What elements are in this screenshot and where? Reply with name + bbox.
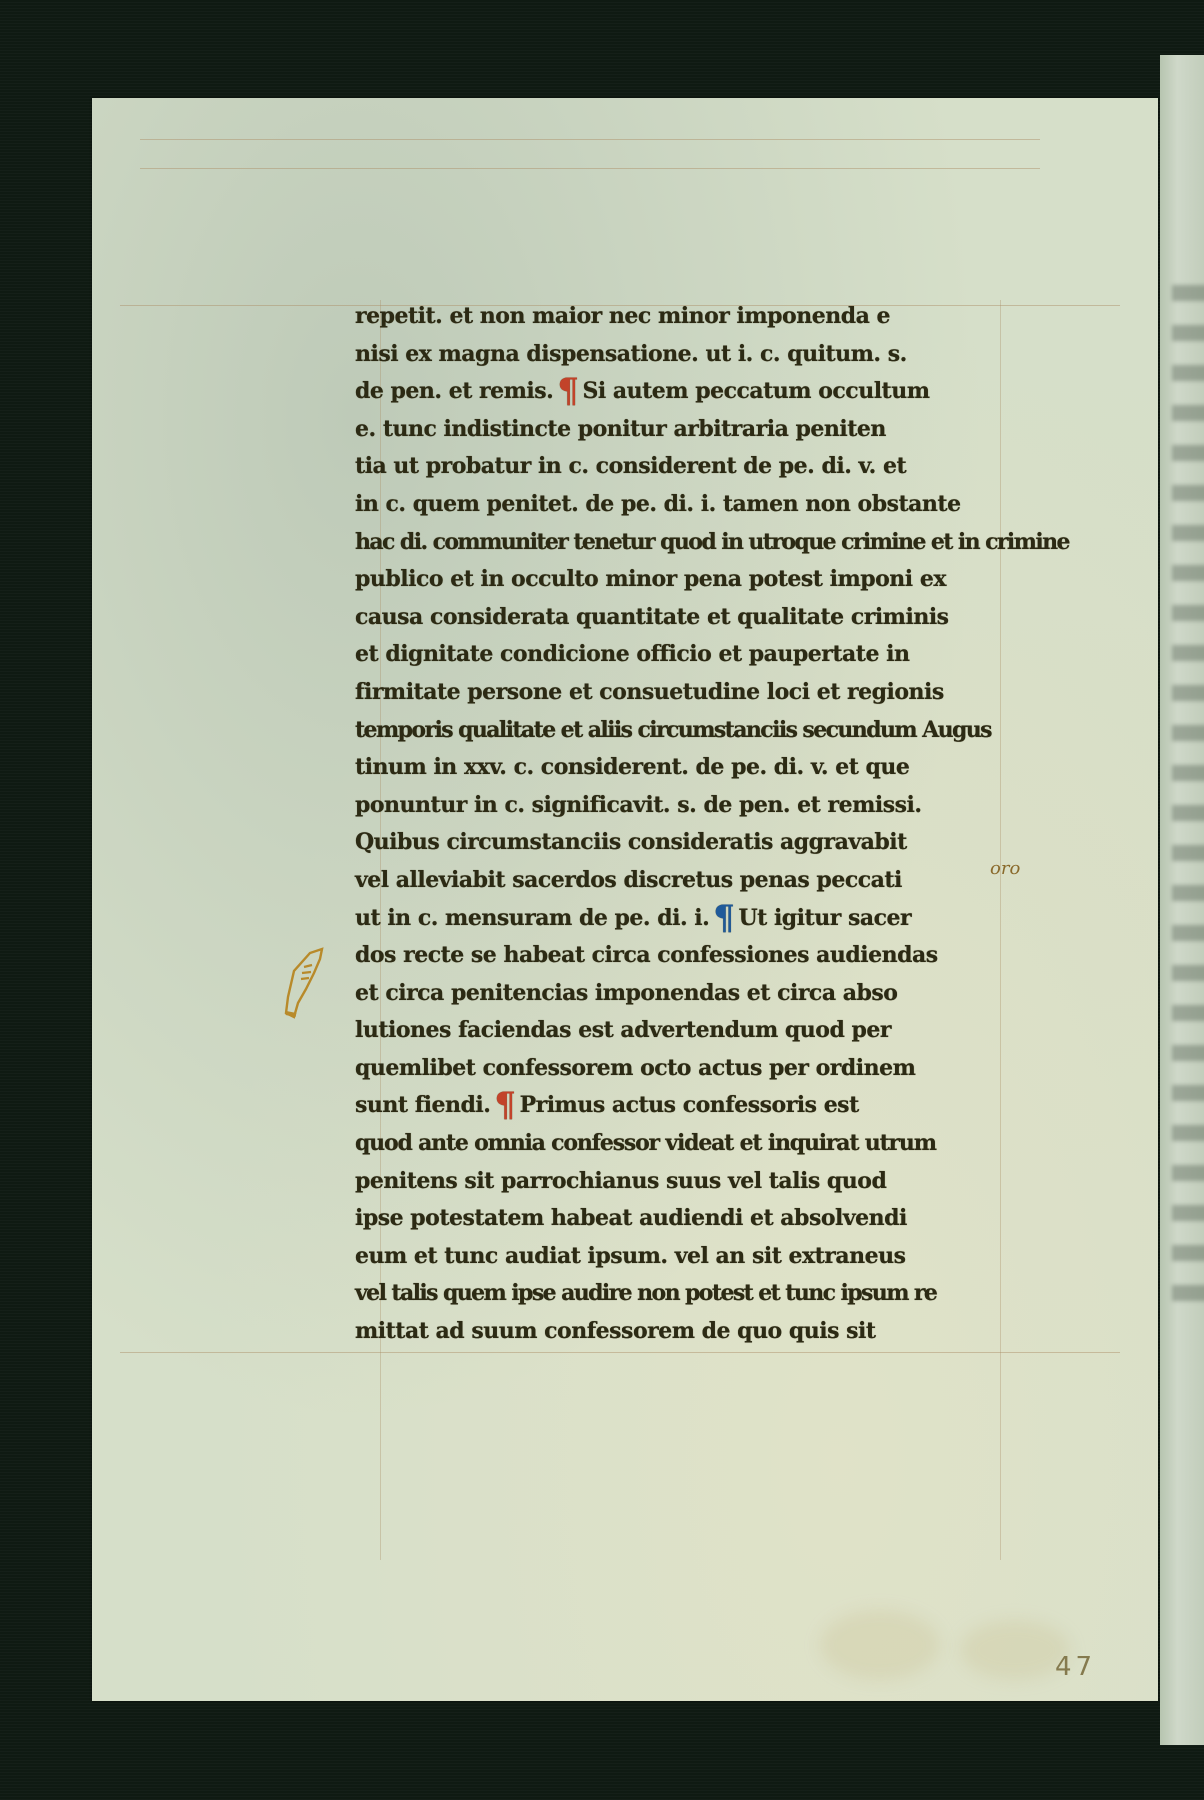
line-text: publico et in occulto minor pena potest … [355,566,946,592]
text-line: ipse potestatem habeat audiendi et absol… [355,1200,1015,1238]
text-line: ponuntur in c. significavit. s. de pen. … [355,787,1015,825]
line-text: repetit. et non maior nec minor imponend… [355,303,890,329]
text-line: publico et in occulto minor pena potest … [355,561,1015,599]
line-text: vel talis quem ipse audire non potest et… [355,1280,936,1306]
line-text: nisi ex magna dispensatione. ut i. c. qu… [355,341,907,367]
manicule-pointing-hand-icon [280,945,330,1020]
line-text: ut in c. mensuram de pe. di. i. [355,905,709,931]
blue-pilcrow-icon: ¶ [713,903,734,933]
line-text: lutiones faciendas est advertendum quod … [355,1017,891,1043]
text-line: vel talis quem ipse audire non potest et… [355,1275,1015,1313]
text-line: temporis qualitate et aliis circumstanci… [355,712,1015,750]
line-text: e. tunc indistincte ponitur arbitraria p… [355,416,886,442]
line-text: Si autem peccatum occultum [582,378,929,404]
line-text: dos recte se habeat circa confessiones a… [355,942,938,968]
line-text: hac di. communiter tenetur quod in utroq… [355,529,1069,555]
line-text: causa considerata quantitate et qualitat… [355,604,949,630]
ruling-line [140,139,1040,140]
text-line: de pen. et remis.¶Si autem peccatum occu… [355,373,1015,411]
text-line: quod ante omnia confessor videat et inqu… [355,1125,1015,1163]
line-text: Primus actus confessoris est [520,1092,859,1118]
line-text: tia ut probatur in c. considerent de pe.… [355,453,906,479]
text-line: firmitate persone et consuetudine loci e… [355,674,1015,712]
text-line: in c. quem penitet. de pe. di. i. tamen … [355,486,1015,524]
stain [960,1620,1070,1680]
text-line: quemlibet confessorem octo actus per ord… [355,1050,1015,1088]
red-pilcrow-icon: ¶ [557,376,578,406]
stain [820,1610,940,1680]
text-line: repetit. et non maior nec minor imponend… [355,298,1015,336]
text-line: tinum in xxv. c. considerent. de pe. di.… [355,749,1015,787]
marginal-correction: oro [990,858,1020,879]
line-text: eum et tunc audiat ipsum. vel an sit ext… [355,1243,906,1269]
line-text: ponuntur in c. significavit. s. de pen. … [355,792,922,818]
red-pilcrow-icon: ¶ [494,1090,515,1120]
line-text: mittat ad suum confessorem de quo quis s… [355,1318,876,1344]
line-text: Quibus circumstanciis consideratis aggra… [355,829,907,855]
line-text: ipse potestatem habeat audiendi et absol… [355,1205,907,1231]
line-text: temporis qualitate et aliis circumstanci… [355,717,991,743]
text-line: dos recte se habeat circa confessiones a… [355,937,1015,975]
text-line: penitens sit parrochianus suus vel talis… [355,1163,1015,1201]
text-line: causa considerata quantitate et qualitat… [355,599,1015,637]
text-line: hac di. communiter tenetur quod in utroq… [355,524,1015,562]
text-line: e. tunc indistincte ponitur arbitraria p… [355,411,1015,449]
facing-page-edge [1160,55,1204,1745]
line-text: de pen. et remis. [355,378,553,404]
text-line: tia ut probatur in c. considerent de pe.… [355,448,1015,486]
line-text: Ut igitur sacer [738,905,911,931]
text-line: et circa penitencias imponendas et circa… [355,975,1015,1013]
text-line: nisi ex magna dispensatione. ut i. c. qu… [355,336,1015,374]
text-line: lutiones faciendas est advertendum quod … [355,1012,1015,1050]
text-line: eum et tunc audiat ipsum. vel an sit ext… [355,1238,1015,1276]
line-text: vel alleviabit sacerdos discretus penas … [355,867,902,893]
text-line: vel alleviabit sacerdos discretus penas … [355,862,1015,900]
text-line: sunt fiendi.¶Primus actus confessoris es… [355,1087,1015,1125]
line-text: sunt fiendi. [355,1092,490,1118]
text-line: mittat ad suum confessorem de quo quis s… [355,1313,1015,1351]
text-column: repetit. et non maior nec minor imponend… [355,298,1015,1351]
text-line: et dignitate condicione officio et paupe… [355,636,1015,674]
line-text: quod ante omnia confessor videat et inqu… [355,1130,936,1156]
ruling-line [140,168,1040,169]
ruling-line [120,1352,1120,1353]
line-text: et dignitate condicione officio et paupe… [355,641,909,667]
line-text: penitens sit parrochianus suus vel talis… [355,1168,886,1194]
line-text: in c. quem penitet. de pe. di. i. tamen … [355,491,961,517]
line-text: et circa penitencias imponendas et circa… [355,980,897,1006]
line-text: tinum in xxv. c. considerent. de pe. di.… [355,754,909,780]
text-line: Quibus circumstanciis consideratis aggra… [355,824,1015,862]
text-line: ut in c. mensuram de pe. di. i.¶Ut igitu… [355,900,1015,938]
line-text: quemlibet confessorem octo actus per ord… [355,1055,915,1081]
folio-number: 47 [1055,1652,1096,1682]
line-text: firmitate persone et consuetudine loci e… [355,679,944,705]
